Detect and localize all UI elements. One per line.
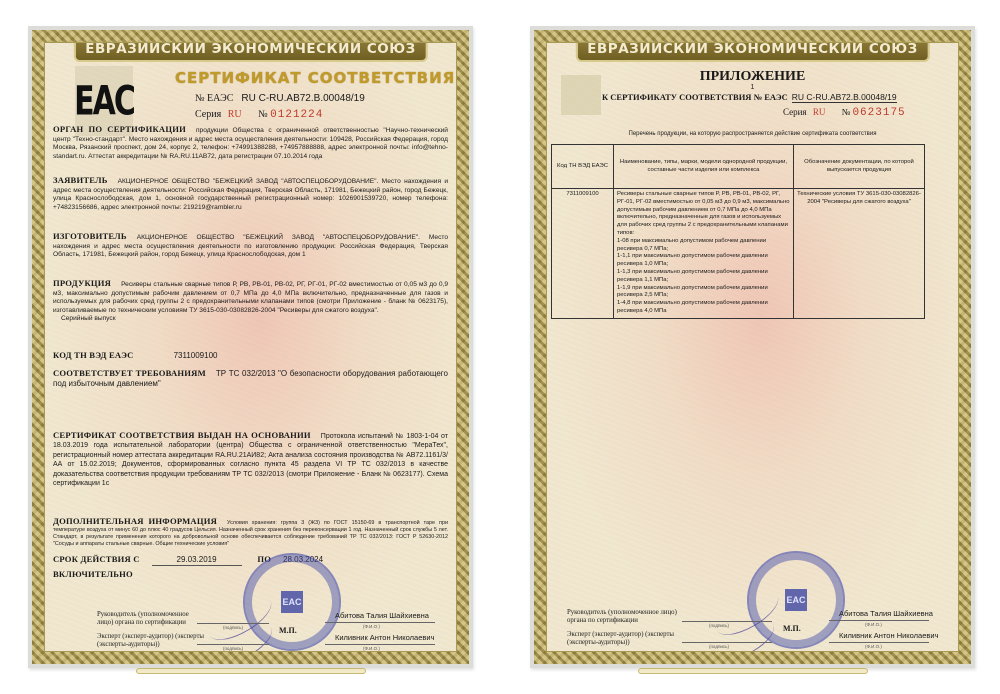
head-name: Абитова Талия Шайхиевна bbox=[335, 611, 429, 620]
column-header-code: Код ТН ВЭД ЕАЭС bbox=[552, 145, 614, 189]
valve-item: 1-08 при максимально допустимом рабочем … bbox=[617, 238, 790, 254]
certificate-paper: ЕВРАЗИЙСКИЙ ЭКОНОМИЧЕСКИЙ СОЮЗ EAC СЕРТИ… bbox=[44, 42, 457, 652]
certificate-sheet: ЕВРАЗИЙСКИЙ ЭКОНОМИЧЕСКИЙ СОЮЗ EAC СЕРТИ… bbox=[28, 26, 473, 668]
blank-label: № bbox=[842, 107, 851, 117]
head-signature-caption: (подпись) bbox=[709, 623, 729, 628]
section-label: СЕРТИФИКАТ СООТВЕТСТВИЯ ВЫДАН НА ОСНОВАН… bbox=[53, 430, 311, 440]
ornamental-border: ЕВРАЗИЙСКИЙ ЭКОНОМИЧЕСКИЙ СОЮЗ ПРИЛОЖЕНИ… bbox=[534, 30, 971, 664]
head-name-caption: (Ф.И.О.) bbox=[363, 624, 380, 629]
section-manufacturer: ИЗГОТОВИТЕЛЬАКЦИОНЕРНОЕ ОБЩЕСТВО "БЕЖЕЦК… bbox=[53, 232, 448, 260]
head-signature-line bbox=[197, 623, 269, 624]
section-label: СООТВЕТСТВУЕТ ТРЕБОВАНИЯМ bbox=[53, 368, 206, 378]
eac-stamp-icon: EAC bbox=[785, 589, 807, 611]
section-basis: СЕРТИФИКАТ СООТВЕТСТВИЯ ВЫДАН НА ОСНОВАН… bbox=[53, 431, 448, 488]
expert-signature-caption: (подпись) bbox=[223, 646, 243, 651]
expert-name-caption: (Ф.И.О.) bbox=[865, 644, 882, 649]
section-label: ПРОДУКЦИЯ bbox=[53, 278, 111, 288]
head-name-caption: (Ф.И.О.) bbox=[865, 622, 882, 627]
section-certification-body: ОРГАН ПО СЕРТИФИКАЦИИпродукции Общества … bbox=[53, 125, 448, 161]
expert-label: Эксперт (эксперт-аудитор) (эксперты (экс… bbox=[567, 631, 687, 647]
series-label: Серия bbox=[783, 107, 807, 117]
ornamental-border: ЕВРАЗИЙСКИЙ ЭКОНОМИЧЕСКИЙ СОЮЗ EAC СЕРТИ… bbox=[32, 30, 469, 664]
appendix-page-number: 1 bbox=[547, 84, 958, 91]
head-name-line bbox=[829, 620, 929, 621]
table-header-row: Код ТН ВЭД ЕАЭС Наименование, типы, марк… bbox=[552, 145, 925, 189]
appendix-intro: Перечень продукции, на которую распростр… bbox=[547, 131, 958, 137]
cell-product: Ресиверы стальные сварные типов Р, РВ, Р… bbox=[614, 189, 794, 319]
appendix-sheet: ЕВРАЗИЙСКИЙ ЭКОНОМИЧЕСКИЙ СОЮЗ ПРИЛОЖЕНИ… bbox=[530, 26, 975, 668]
section-text: Протокола испытаний № 1803-1-04 от 18.03… bbox=[53, 433, 448, 487]
appendix-series: Серия RU № 0623175 bbox=[783, 107, 906, 119]
section-text: АКЦИОНЕРНОЕ ОБЩЕСТВО "БЕЖЕЦКИЙ ЗАВОД "АВ… bbox=[53, 178, 448, 211]
section-label: ИЗГОТОВИТЕЛЬ bbox=[53, 231, 127, 241]
series-value: RU bbox=[228, 109, 242, 120]
product-description: Ресиверы стальные сварные типов Р, РВ, Р… bbox=[617, 191, 790, 238]
column-header-documentation: Обозначение документации, по которой вып… bbox=[794, 145, 925, 189]
appendix-title: ПРИЛОЖЕНИЕ bbox=[547, 69, 958, 85]
expert-label: Эксперт (эксперт-аудитор) (эксперты (экс… bbox=[97, 633, 207, 649]
section-applicant: ЗАЯВИТЕЛЬАКЦИОНЕРНОЕ ОБЩЕСТВО "БЕЖЕЦКИЙ … bbox=[53, 176, 448, 212]
section-label: ДОПОЛНИТЕЛЬНАЯ ИНФОРМАЦИЯ bbox=[53, 516, 217, 526]
valve-item: 1-1,9 при максимально допустимом рабочем… bbox=[617, 285, 790, 301]
validity-from-date: 29.03.2019 bbox=[152, 556, 242, 566]
certificate-number: № ЕАЭСRU C-RU.АВ72.В.00048/19 bbox=[195, 93, 365, 104]
products-table: Код ТН ВЭД ЕАЭС Наименование, типы, марк… bbox=[551, 144, 925, 319]
subtitle-text: К СЕРТИФИКАТУ СООТВЕТСТВИЯ № ЕАЭС bbox=[602, 92, 788, 102]
head-label: Руководитель (уполномоченное лицо) орган… bbox=[97, 611, 197, 627]
union-banner: ЕВРАЗИЙСКИЙ ЭКОНОМИЧЕСКИЙ СОЮЗ bbox=[73, 42, 427, 62]
expert-name: Киливник Антон Николаевич bbox=[839, 631, 938, 640]
expert-name-line bbox=[325, 644, 435, 645]
table-row: 7311009100 Ресиверы стальные сварные тип… bbox=[552, 189, 925, 319]
section-label: ЗАЯВИТЕЛЬ bbox=[53, 175, 108, 185]
number-label: № ЕАЭС bbox=[195, 93, 233, 104]
certificate-title: СЕРТИФИКАТ СООТВЕТСТВИЯ bbox=[175, 69, 455, 87]
section-label: ОРГАН ПО СЕРТИФИКАЦИИ bbox=[53, 124, 186, 134]
printer-footer-strip bbox=[638, 668, 868, 674]
blank-label: № bbox=[258, 109, 268, 120]
valve-item: 1-1,3 при максимально допустимом рабочем… bbox=[617, 269, 790, 285]
expert-name: Киливник Антон Николаевич bbox=[335, 633, 434, 642]
series-value: RU bbox=[813, 107, 826, 117]
head-name: Абитова Талия Шайхиевна bbox=[839, 609, 933, 618]
head-signature-line bbox=[682, 621, 772, 622]
seal-place-label: М.П. bbox=[783, 624, 801, 633]
cell-documentation: Технические условия ТУ 3615-030-03082826… bbox=[794, 189, 925, 319]
certificate-number: RU C-RU.АВ72.В.00048/19 bbox=[792, 92, 897, 103]
expert-signature-line bbox=[682, 642, 772, 643]
section-additional-info: ДОПОЛНИТЕЛЬНАЯ ИНФОРМАЦИЯУсловия хранени… bbox=[53, 518, 448, 548]
expert-name-caption: (Ф.И.О.) bbox=[363, 646, 380, 651]
expert-name-line bbox=[829, 642, 929, 643]
printer-footer-strip bbox=[136, 668, 366, 674]
section-product: ПРОДУКЦИЯРесиверы стальные сварные типов… bbox=[53, 279, 448, 324]
column-header-product: Наименование, типы, марки, модели одноро… bbox=[614, 145, 794, 189]
valve-item: 1-1,1 при максимально допустимом рабочем… bbox=[617, 253, 790, 269]
expert-signature-caption: (подпись) bbox=[709, 644, 729, 649]
serial-production: Серийный выпуск bbox=[53, 315, 448, 324]
seal-place-label: М.П. bbox=[279, 626, 297, 635]
hs-code-value: 7311009100 bbox=[174, 351, 218, 360]
head-signature-caption: (подпись) bbox=[223, 625, 243, 630]
eac-stamp-icon: EAC bbox=[281, 591, 303, 613]
head-name-line bbox=[325, 622, 435, 623]
head-label: Руководитель (уполномоченное лицо) орган… bbox=[567, 609, 677, 625]
validity-from-label: СРОК ДЕЙСТВИЯ С bbox=[53, 554, 140, 564]
union-banner: ЕВРАЗИЙСКИЙ ЭКОНОМИЧЕСКИЙ СОЮЗ bbox=[575, 42, 929, 62]
certificate-series: Серия RU № 0121224 bbox=[195, 109, 323, 121]
section-text: Ресиверы стальные сварные типов Р, РВ, Р… bbox=[53, 281, 448, 314]
section-conforms: СООТВЕТСТВУЕТ ТРЕБОВАНИЯМТР ТС 032/2013 … bbox=[53, 368, 448, 389]
section-label: КОД ТН ВЭД ЕАЭС bbox=[53, 350, 134, 360]
appendix-subtitle: К СЕРТИФИКАТУ СООТВЕТСТВИЯ № ЕАЭСRU C-RU… bbox=[602, 92, 897, 102]
expert-signature-line bbox=[197, 644, 269, 645]
section-hs-code: КОД ТН ВЭД ЕАЭС7311009100 bbox=[53, 351, 448, 362]
cell-code: 7311009100 bbox=[552, 189, 614, 319]
valve-item: 1-4,8 при максимально допустимом рабочем… bbox=[617, 300, 790, 316]
blank-number: 0121224 bbox=[270, 109, 323, 121]
blank-number: 0623175 bbox=[852, 107, 905, 119]
appendix-paper: ЕВРАЗИЙСКИЙ ЭКОНОМИЧЕСКИЙ СОЮЗ ПРИЛОЖЕНИ… bbox=[546, 42, 959, 652]
number-value: RU C-RU.АВ72.В.00048/19 bbox=[241, 93, 364, 104]
series-label: Серия bbox=[195, 109, 221, 120]
inclusive-label: ВКЛЮЧИТЕЛЬНО bbox=[53, 570, 438, 579]
